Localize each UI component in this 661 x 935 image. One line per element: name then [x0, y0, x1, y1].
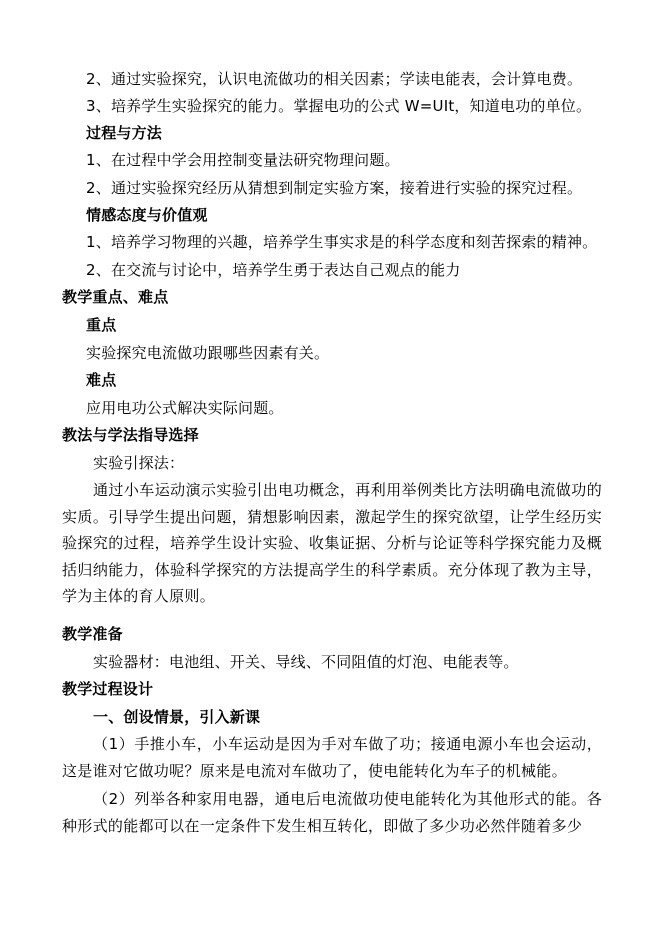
- process-paragraph-2: （2）列举各种家用电器，通电后电流做功使电能转化为其他形式的能。各种形式的能都可…: [62, 786, 602, 839]
- method-name: 实验引探法：: [93, 454, 184, 472]
- methods-heading: 教法与学法指导选择: [62, 426, 199, 444]
- section1-heading: 一、创设情景，引入新课: [93, 708, 260, 726]
- key-points-heading: 教学重点、难点: [62, 288, 168, 306]
- process-method-heading: 过程与方法: [86, 124, 162, 142]
- knowledge-item-3: 3、培养学生实验探究的能力。掌握电功的公式 W=UIt，知道电功的单位。: [86, 97, 591, 115]
- focus-heading: 重点: [86, 316, 116, 334]
- methods-paragraph: 通过小车运动演示实验引出电功概念，再利用举例类比方法明确电流做功的实质。引导学生…: [62, 477, 602, 610]
- attitude-item-2: 2、在交流与讨论中，培养学生勇于表达自己观点的能力: [86, 261, 461, 279]
- attitude-heading: 情感态度与价值观: [86, 206, 208, 224]
- difficulty-heading: 难点: [86, 371, 116, 389]
- process-item-1: 1、在过程中学会用控制变量法研究物理问题。: [86, 151, 400, 169]
- process-design-heading: 教学过程设计: [62, 680, 153, 698]
- attitude-item-1: 1、培养学习物理的兴趣，培养学生事实求是的科学态度和刻苦探索的精神。: [86, 233, 597, 251]
- preparation-heading: 教学准备: [62, 625, 123, 643]
- knowledge-item-2: 2、通过实验探究，认识电流做功的相关因素；学读电能表，会计算电费。: [86, 70, 582, 88]
- difficulty-text: 应用电功公式解决实际问题。: [86, 399, 284, 417]
- document-page: 2、通过实验探究，认识电流做功的相关因素；学读电能表，会计算电费。 3、培养学生…: [0, 0, 661, 935]
- process-item-2: 2、通过实验探究经历从猜想到制定实验方案，接着进行实验的探究过程。: [86, 179, 582, 197]
- focus-text: 实验探究电流做功跟哪些因素有关。: [86, 344, 329, 362]
- preparation-materials: 实验器材：电池组、开关、导线、不同阻值的灯泡、电能表等。: [93, 653, 519, 671]
- process-paragraph-1: （1）手推小车，小车运动是因为手对车做了功；接通电源小车也会运动，这是谁对它做功…: [62, 731, 602, 784]
